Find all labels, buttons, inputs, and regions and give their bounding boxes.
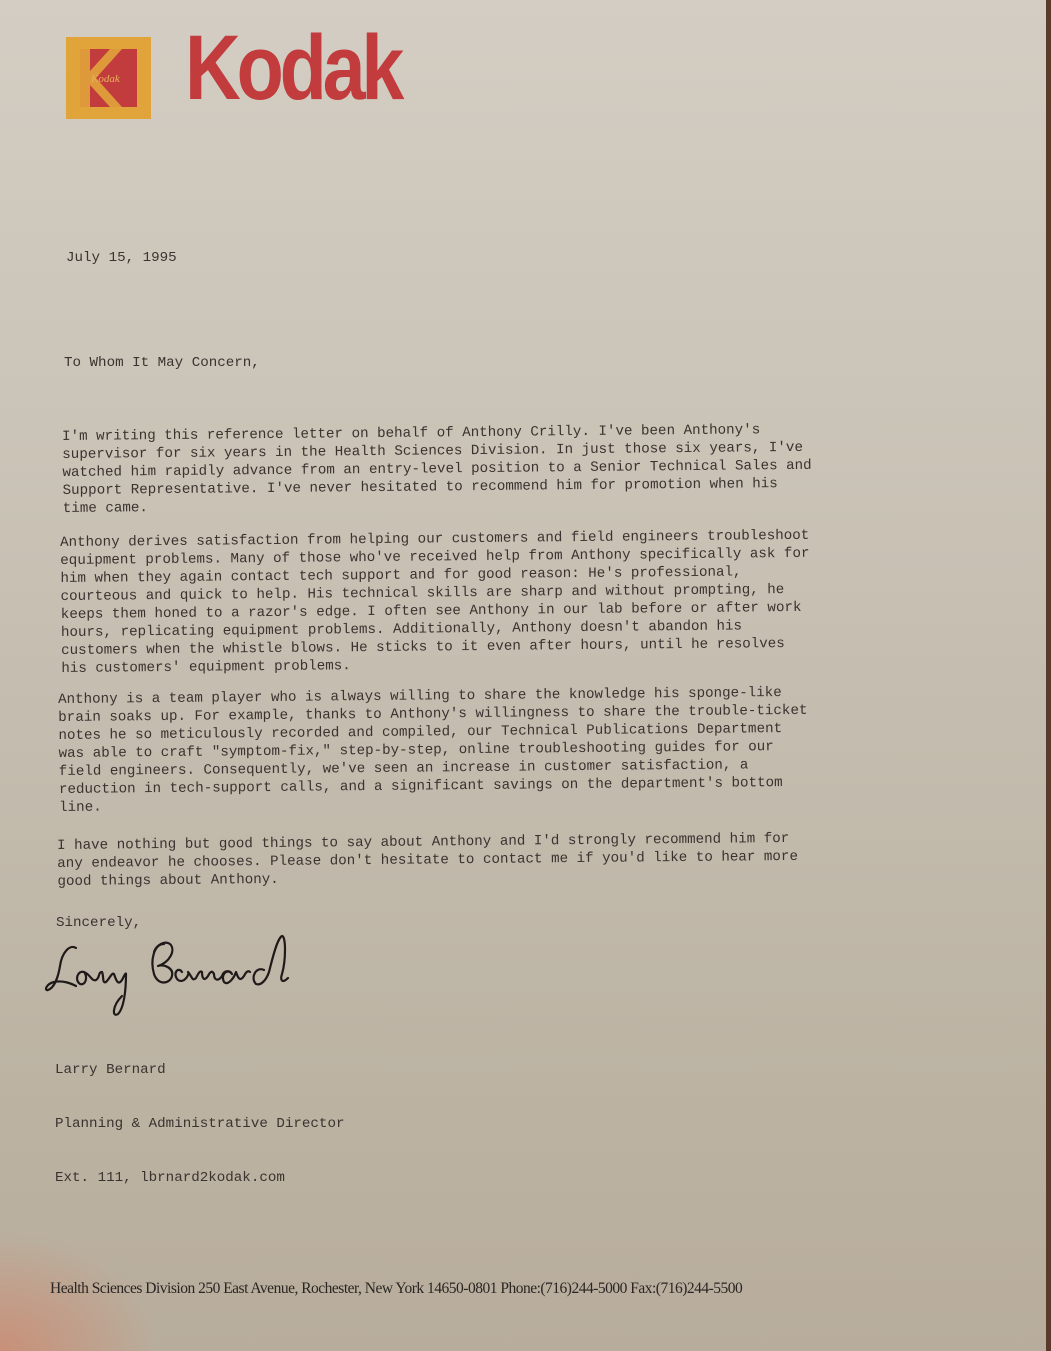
kodak-logo-icon: Kodak — [66, 37, 151, 119]
body-paragraph: I have nothing but good things to say ab… — [57, 830, 798, 891]
svg-text:Kodak: Kodak — [90, 73, 121, 85]
salutation: To Whom It May Concern, — [64, 354, 260, 372]
body-paragraph: Anthony derives satisfaction from helpin… — [60, 527, 811, 678]
page-edge — [1046, 0, 1051, 1351]
signer-contact: Ext. 111, lbrnard2kodak.com — [55, 1169, 344, 1187]
letter-page: Kodak Kodak July 15, 1995 To Whom It May… — [0, 0, 1046, 1351]
letter-date: July 15, 1995 — [66, 249, 177, 267]
signer-block: Larry Bernard Planning & Administrative … — [55, 1025, 344, 1223]
signer-title: Planning & Administrative Director — [55, 1115, 344, 1133]
kodak-wordmark: Kodak — [185, 22, 400, 114]
body-paragraph: I'm writing this reference letter on beh… — [62, 421, 812, 518]
body-paragraph: Anthony is a team player who is always w… — [58, 684, 808, 817]
signer-name: Larry Bernard — [55, 1061, 344, 1079]
footer-address: Health Sciences Division 250 East Avenue… — [50, 1280, 742, 1298]
handwritten-signature — [42, 930, 302, 1030]
